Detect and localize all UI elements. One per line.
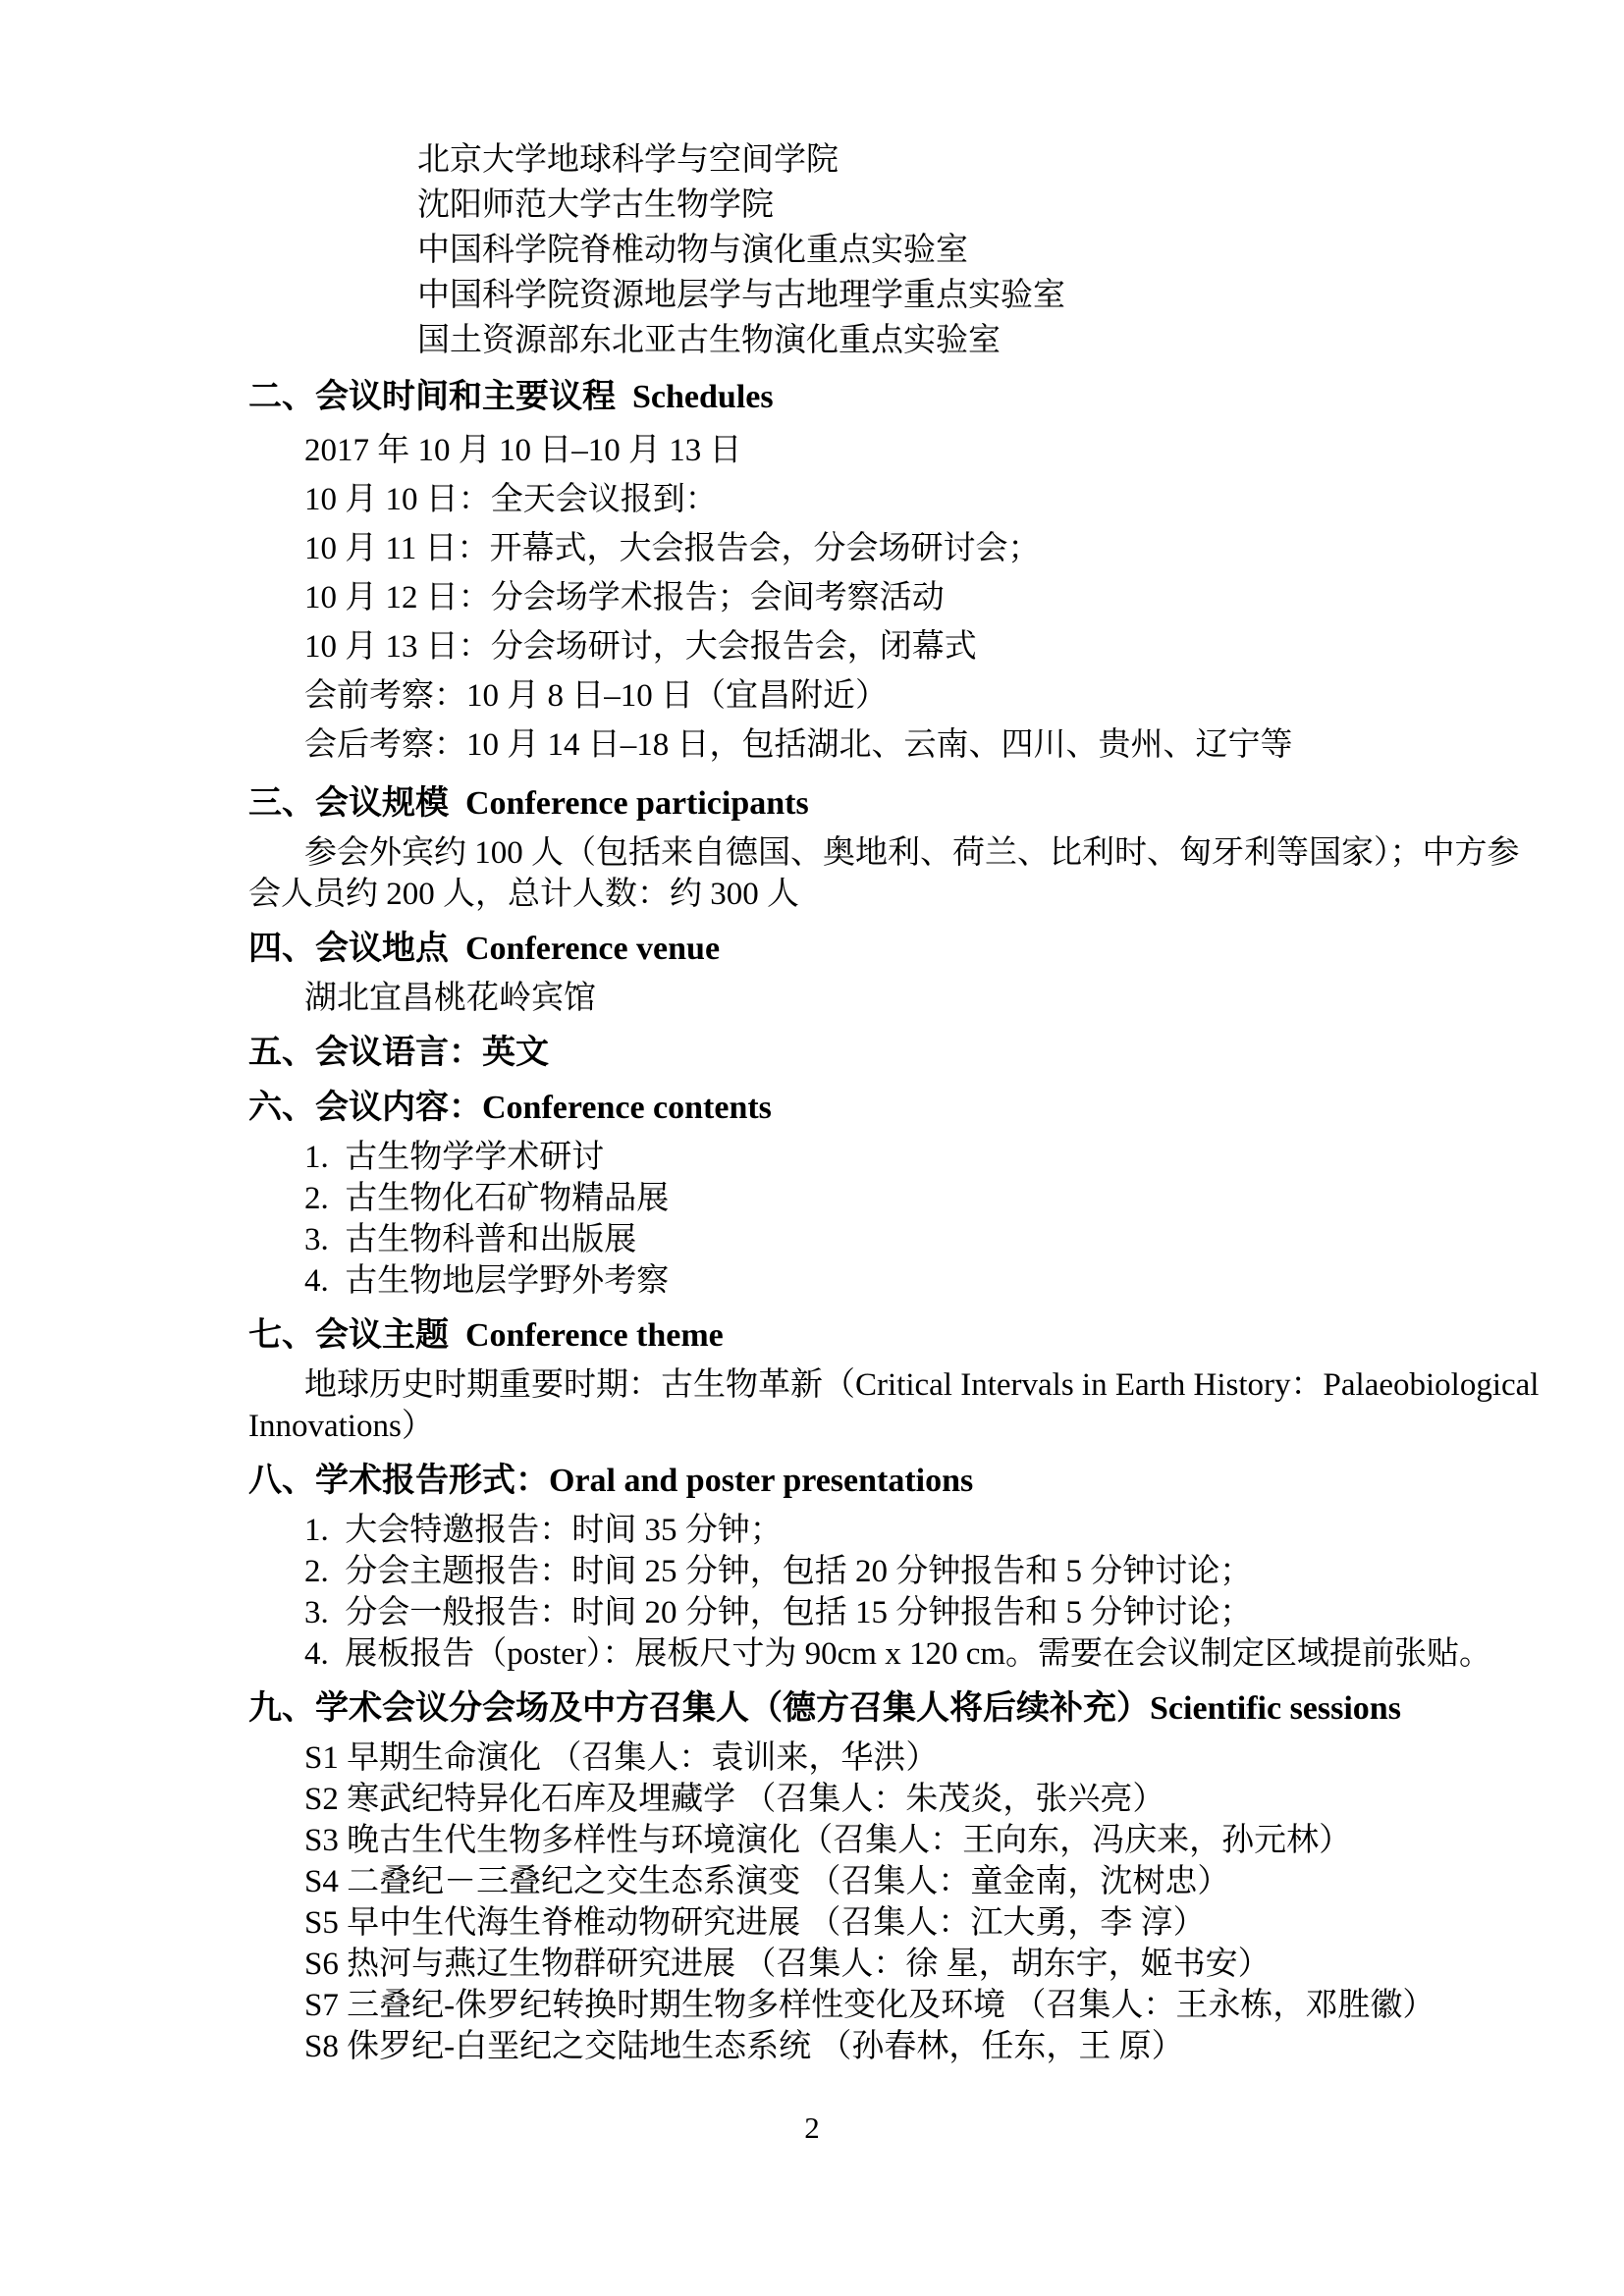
text-line: 1. 大会特邀报告：时间 35 分钟； bbox=[248, 1510, 1387, 1551]
page-number: 2 bbox=[0, 2110, 1624, 2146]
section-sessions: 九、学术会议分会场及中方召集人（德方召集人将后续补充）Scientific se… bbox=[248, 1688, 1387, 2067]
section-participants: 三、会议规模 Conference participants参会外宾约 100 … bbox=[248, 783, 1387, 915]
section-heading-presentations: 八、学术报告形式：Oral and poster presentations bbox=[248, 1461, 1387, 1502]
text-line: 3. 古生物科普和出版展 bbox=[248, 1219, 1387, 1260]
text-line: S6 热河与燕辽生物群研究进展 （召集人：徐 星，胡东宇，姬书安） bbox=[248, 1944, 1387, 1985]
section-heading-contents: 六、会议内容：Conference contents bbox=[248, 1088, 1387, 1129]
section-heading-venue: 四、会议地点 Conference venue bbox=[248, 929, 1387, 970]
text-line: S8 侏罗纪-白垩纪之交陆地生态系统 （孙春林，任东，王 原） bbox=[248, 2026, 1387, 2067]
institution-item: 国土资源部东北亚古生物演化重点实验室 bbox=[417, 318, 1387, 363]
text-line: 地球历史时期重要时期：古生物革新（Critical Intervals in E… bbox=[248, 1364, 1387, 1406]
text-line: 会前考察：10 月 8 日–10 日（宜昌附近） bbox=[248, 671, 1387, 721]
section-language: 五、会议语言：英文 bbox=[248, 1033, 1387, 1074]
text-line: S3 晚古生代生物多样性与环境演化（召集人：王向东，冯庆来，孙元林） bbox=[248, 1820, 1387, 1861]
institution-item: 中国科学院资源地层学与古地理学重点实验室 bbox=[417, 273, 1387, 318]
section-heading-language: 五、会议语言：英文 bbox=[248, 1033, 1387, 1074]
institution-item: 北京大学地球科学与空间学院 bbox=[417, 137, 1387, 183]
section-heading-participants: 三、会议规模 Conference participants bbox=[248, 783, 1387, 825]
text-line: 2017 年 10 月 10 日–10 月 13 日 bbox=[248, 426, 1387, 475]
text-line: 10 月 10 日：全天会议报到： bbox=[248, 475, 1387, 524]
section-heading-schedules: 二、会议时间和主要议程 Schedules bbox=[248, 377, 1387, 418]
section-venue: 四、会议地点 Conference venue湖北宜昌桃花岭宾馆 bbox=[248, 929, 1387, 1019]
text-line: S5 早中生代海生脊椎动物研究进展 （召集人：江大勇，李 淳） bbox=[248, 1902, 1387, 1944]
text-line: 10 月 12 日：分会场学术报告；会间考察活动 bbox=[248, 573, 1387, 622]
text-line: S1 早期生命演化 （召集人：袁训来，华洪） bbox=[248, 1737, 1387, 1779]
institution-item: 中国科学院脊椎动物与演化重点实验室 bbox=[417, 228, 1387, 273]
text-line: 湖北宜昌桃花岭宾馆 bbox=[248, 978, 1387, 1019]
text-line: 1. 古生物学学术研讨 bbox=[248, 1137, 1387, 1178]
text-line: 3. 分会一般报告：时间 20 分钟，包括 15 分钟报告和 5 分钟讨论； bbox=[248, 1592, 1387, 1633]
document-page: 北京大学地球科学与空间学院沈阳师范大学古生物学院中国科学院脊椎动物与演化重点实验… bbox=[0, 0, 1624, 2296]
text-line: S4 二叠纪－三叠纪之交生态系演变 （召集人：童金南，沈树忠） bbox=[248, 1861, 1387, 1902]
text-line: S2 寒武纪特异化石库及埋藏学 （召集人：朱茂炎，张兴亮） bbox=[248, 1779, 1387, 1820]
sections: 二、会议时间和主要议程 Schedules2017 年 10 月 10 日–10… bbox=[248, 377, 1387, 2067]
text-line: 10 月 11 日：开幕式，大会报告会，分会场研讨会； bbox=[248, 524, 1387, 573]
text-line: 4. 展板报告（poster）：展板尺寸为 90cm x 120 cm。需要在会… bbox=[248, 1633, 1387, 1675]
text-line: 参会外宾约 100 人（包括来自德国、奥地利、荷兰、比利时、匈牙利等国家）；中方… bbox=[248, 832, 1387, 874]
text-line: 2. 古生物化石矿物精品展 bbox=[248, 1178, 1387, 1219]
text-line: 10 月 13 日：分会场研讨，大会报告会，闭幕式 bbox=[248, 622, 1387, 671]
institution-item: 沈阳师范大学古生物学院 bbox=[417, 183, 1387, 228]
text-line: 会人员约 200 人，总计人数：约 300 人 bbox=[248, 874, 1387, 915]
section-theme: 七、会议主题 Conference theme地球历史时期重要时期：古生物革新（… bbox=[248, 1315, 1387, 1447]
text-line: 4. 古生物地层学野外考察 bbox=[248, 1260, 1387, 1302]
section-contents: 六、会议内容：Conference contents1. 古生物学学术研讨2. … bbox=[248, 1088, 1387, 1302]
institution-list: 北京大学地球科学与空间学院沈阳师范大学古生物学院中国科学院脊椎动物与演化重点实验… bbox=[248, 137, 1387, 363]
text-line: 会后考察：10 月 14 日–18 日，包括湖北、云南、四川、贵州、辽宁等 bbox=[248, 721, 1387, 770]
text-line: S7 三叠纪-侏罗纪转换时期生物多样性变化及环境 （召集人：王永栋，邓胜徽） bbox=[248, 1985, 1387, 2026]
text-line: Innovations） bbox=[248, 1406, 1387, 1447]
section-heading-theme: 七、会议主题 Conference theme bbox=[248, 1315, 1387, 1357]
text-line: 2. 分会主题报告：时间 25 分钟，包括 20 分钟报告和 5 分钟讨论； bbox=[248, 1551, 1387, 1592]
section-schedules: 二、会议时间和主要议程 Schedules2017 年 10 月 10 日–10… bbox=[248, 377, 1387, 770]
section-heading-sessions: 九、学术会议分会场及中方召集人（德方召集人将后续补充）Scientific se… bbox=[248, 1688, 1387, 1730]
section-presentations: 八、学术报告形式：Oral and poster presentations1.… bbox=[248, 1461, 1387, 1675]
document-content: 北京大学地球科学与空间学院沈阳师范大学古生物学院中国科学院脊椎动物与演化重点实验… bbox=[248, 137, 1387, 2067]
